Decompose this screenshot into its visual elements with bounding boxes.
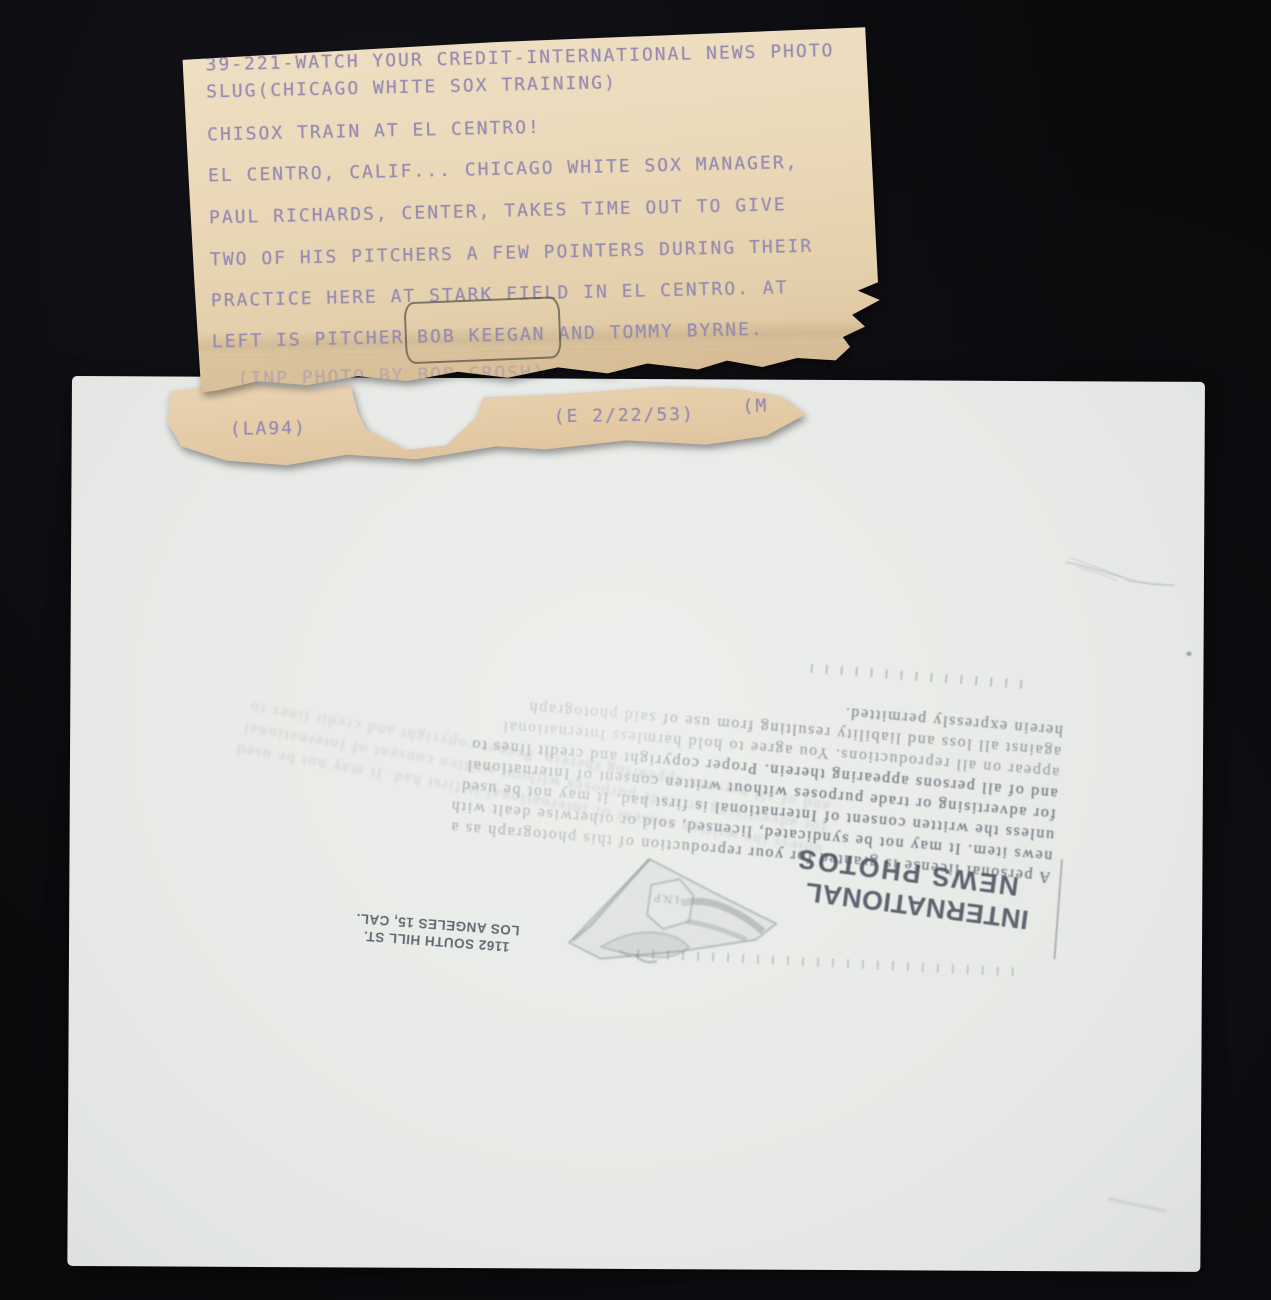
slip-caption-line: EL CENTRO, CALIF... CHICAGO WHITE SOX MA… bbox=[208, 152, 799, 186]
slip-caption-line: PAUL RICHARDS, CENTER, TAKES TIME OUT TO… bbox=[209, 194, 787, 228]
address-stamp: 1162 SOUTH HILL ST. LOS ANGELES 15, CAL. bbox=[346, 909, 528, 956]
photo-backdrop: A personal license is granted for your r… bbox=[0, 0, 1271, 1300]
paper-scuff bbox=[1108, 1197, 1167, 1213]
pencil-scratch-mark bbox=[1053, 859, 1062, 959]
paper-speck bbox=[1187, 652, 1192, 656]
faint-tick-marks-top bbox=[800, 663, 1022, 689]
inp-winged-emblem-icon: I.N.P bbox=[531, 850, 802, 976]
caption-slip: 39-221-WATCH YOUR CREDIT-INTERNATIONAL N… bbox=[180, 24, 888, 395]
slip-headline: CHISOX TRAIN AT EL CENTRO! bbox=[207, 117, 541, 146]
slip-note-code: (LA94) bbox=[230, 418, 307, 440]
slip-slug-line: SLUG(CHICAGO WHITE SOX TRAINING) bbox=[206, 72, 617, 102]
slip-caption-line: TWO OF HIS PITCHERS A FEW POINTERS DURIN… bbox=[210, 236, 814, 271]
caption-slip-wrap: 39-221-WATCH YOUR CREDIT-INTERNATIONAL N… bbox=[180, 40, 880, 395]
slip-note-date: (E 2/22/53) bbox=[554, 404, 696, 427]
feather-smudge-mark bbox=[1061, 541, 1181, 604]
slip-credit-line: 39-221-WATCH YOUR CREDIT-INTERNATIONAL N… bbox=[205, 40, 834, 75]
svg-text:I.N.P: I.N.P bbox=[653, 891, 680, 907]
pencil-circle-annotation bbox=[403, 296, 561, 364]
slip-note-partial: (M bbox=[742, 395, 768, 416]
press-photo-back: A personal license is granted for your r… bbox=[67, 376, 1205, 1272]
